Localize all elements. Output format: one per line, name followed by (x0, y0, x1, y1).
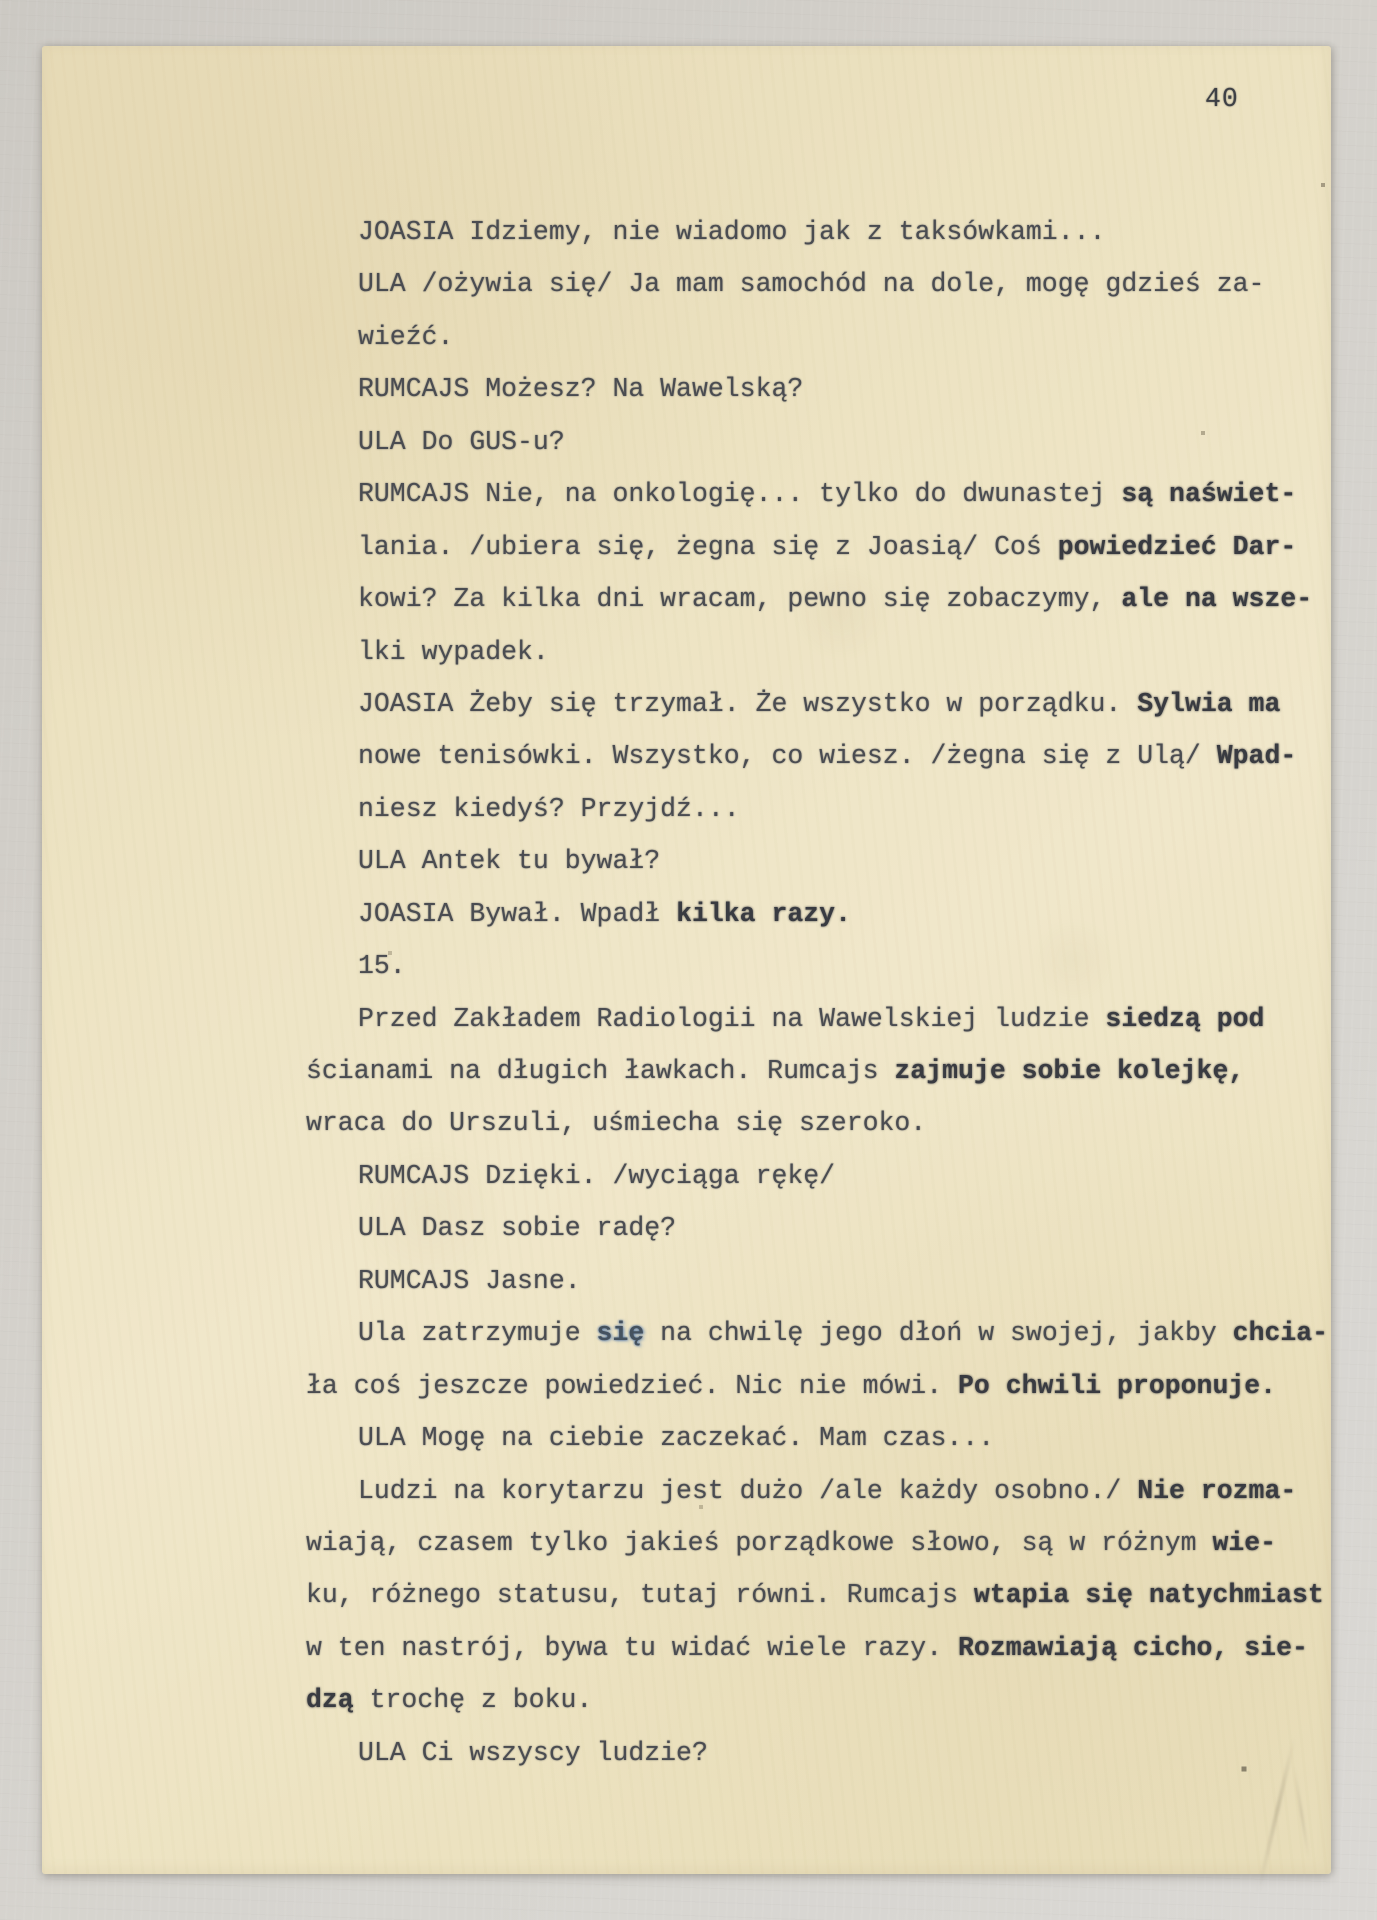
text-line: ULA Antek tu bywał? (0, 835, 1377, 887)
text-segment: niesz kiedyś? Przyjdź... (358, 794, 740, 824)
text-segment: ale na wsze- (1121, 584, 1312, 614)
text-segment: ULA Dasz sobie radę? (358, 1213, 676, 1243)
text-line: ULA /ożywia się/ Ja mam samochód na dole… (0, 258, 1377, 310)
text-line: RUMCAJS Dzięki. /wyciąga rękę/ (0, 1150, 1377, 1202)
text-segment: w ten nastrój, bywa tu widać wiele razy. (306, 1633, 958, 1663)
overstruck-word: się (597, 1318, 645, 1348)
text-segment: Nie rozma- (1137, 1476, 1296, 1506)
text-segment: powiedzieć Dar- (1058, 532, 1297, 562)
text-segment: RUMCAJS Możesz? Na Wawelską? (358, 374, 803, 404)
text-segment: RUMCAJS Jasne. (358, 1266, 581, 1296)
text-segment: wtapia się natychmiast (974, 1580, 1324, 1610)
text-segment: Przed Zakładem Radiologii na Wawelskiej … (358, 1004, 1105, 1034)
text-segment: Wpad- (1217, 741, 1297, 771)
text-segment: lki wypadek. (358, 637, 549, 667)
paper-crease (1293, 1766, 1311, 1860)
text-segment: wie- (1212, 1528, 1276, 1558)
text-segment: Po chwili proponuje. (958, 1371, 1276, 1401)
text-segment: kilka razy. (676, 899, 851, 929)
text-segment: wraca do Urszuli, uśmiecha się szeroko. (306, 1108, 926, 1138)
paper-specks (0, 0, 2, 2)
text-line: kowi? Za kilka dni wracam, pewno się zob… (0, 573, 1377, 625)
text-line: ku, różnego statusu, tutaj równi. Rumcaj… (0, 1569, 1377, 1621)
text-segment: ULA Antek tu bywał? (358, 846, 660, 876)
text-line: lki wypadek. (0, 626, 1377, 678)
text-segment: na chwilę jego dłoń w swojej, jakby (644, 1318, 1232, 1348)
text-line: RUMCAJS Jasne. (0, 1255, 1377, 1307)
text-line: 15. (0, 940, 1377, 992)
text-segment: dzą (306, 1685, 354, 1715)
text-line: JOASIA Bywał. Wpadł kilka razy. (0, 888, 1377, 940)
text-segment: nowe tenisówki. Wszystko, co wiesz. /żeg… (358, 741, 1217, 771)
text-line: niesz kiedyś? Przyjdź... (0, 783, 1377, 835)
text-line: wieźć. (0, 311, 1377, 363)
text-line: ULA Dasz sobie radę? (0, 1202, 1377, 1254)
text-line: RUMCAJS Możesz? Na Wawelską? (0, 363, 1377, 415)
text-segment: ła coś jeszcze powiedzieć. Nic nie mówi. (306, 1371, 958, 1401)
text-segment: JOASIA Bywał. Wpadł (358, 899, 676, 929)
text-segment: ULA Do GUS-u? (358, 427, 565, 457)
text-segment: siedzą pod (1105, 1004, 1264, 1034)
text-segment: ULA Mogę na ciebie zaczekać. Mam czas... (358, 1423, 994, 1453)
text-segment: trochę z boku. (354, 1685, 593, 1715)
text-segment: kowi? Za kilka dni wracam, pewno się zob… (358, 584, 1121, 614)
text-segment: chcia- (1233, 1318, 1328, 1348)
text-line: Ludzi na korytarzu jest dużo /ale każdy … (0, 1465, 1377, 1517)
text-segment: ULA Ci wszyscy ludzie? (358, 1738, 708, 1768)
text-segment: lania. /ubiera się, żegna się z Joasią/ … (358, 532, 1058, 562)
text-segment: Rozmawiają cicho, sie- (958, 1633, 1308, 1663)
text-segment: są naświet- (1121, 479, 1296, 509)
text-segment: Ludzi na korytarzu jest dużo /ale każdy … (358, 1476, 1137, 1506)
text-line: nowe tenisówki. Wszystko, co wiesz. /żeg… (0, 730, 1377, 782)
text-line: JOASIA Żeby się trzymał. Że wszystko w p… (0, 678, 1377, 730)
text-segment: Sylwia ma (1137, 689, 1280, 719)
text-line: ULA Mogę na ciebie zaczekać. Mam czas... (0, 1412, 1377, 1464)
scanned-document: 40 JOASIA Idziemy, nie wiadomo jak z tak… (0, 0, 1377, 1920)
text-segment: zajmuje sobie kolejkę, (894, 1056, 1244, 1086)
text-segment: wieźć. (358, 322, 453, 352)
text-segment: ku, różnego statusu, tutaj równi. Rumcaj… (306, 1580, 974, 1610)
text-segment: JOASIA Żeby się trzymał. Że wszystko w p… (358, 689, 1137, 719)
text-segment: 15. (358, 951, 406, 981)
text-segment: ULA /ożywia się/ Ja mam samochód na dole… (358, 269, 1264, 299)
text-line: RUMCAJS Nie, na onkologię... tylko do dw… (0, 468, 1377, 520)
text-segment: wiają, czasem tylko jakieś porządkowe sł… (306, 1528, 1212, 1558)
text-line: Przed Zakładem Radiologii na Wawelskiej … (0, 993, 1377, 1045)
text-segment: RUMCAJS Nie, na onkologię... tylko do dw… (358, 479, 1121, 509)
text-segment: Ula zatrzymuje (358, 1318, 597, 1348)
text-line: dzą trochę z boku. (0, 1674, 1377, 1726)
text-line: wiają, czasem tylko jakieś porządkowe sł… (0, 1517, 1377, 1569)
text-line: ULA Do GUS-u? (0, 416, 1377, 468)
text-line: w ten nastrój, bywa tu widać wiele razy.… (0, 1622, 1377, 1674)
text-segment: RUMCAJS Dzięki. /wyciąga rękę/ (358, 1161, 835, 1191)
text-line: JOASIA Idziemy, nie wiadomo jak z taksów… (0, 206, 1377, 258)
page-number: 40 (1205, 84, 1239, 114)
text-line: lania. /ubiera się, żegna się z Joasią/ … (0, 521, 1377, 573)
text-line: wraca do Urszuli, uśmiecha się szeroko. (0, 1097, 1377, 1149)
text-line: ła coś jeszcze powiedzieć. Nic nie mówi.… (0, 1360, 1377, 1412)
text-line: Ula zatrzymuje się na chwilę jego dłoń w… (0, 1307, 1377, 1359)
text-line: ścianami na długich ławkach. Rumcajs zaj… (0, 1045, 1377, 1097)
text-segment: ścianami na długich ławkach. Rumcajs (306, 1056, 894, 1086)
text-line: ULA Ci wszyscy ludzie? (0, 1727, 1377, 1779)
text-segment: JOASIA Idziemy, nie wiadomo jak z taksów… (358, 217, 1105, 247)
typewritten-text: JOASIA Idziemy, nie wiadomo jak z taksów… (0, 206, 1377, 1779)
